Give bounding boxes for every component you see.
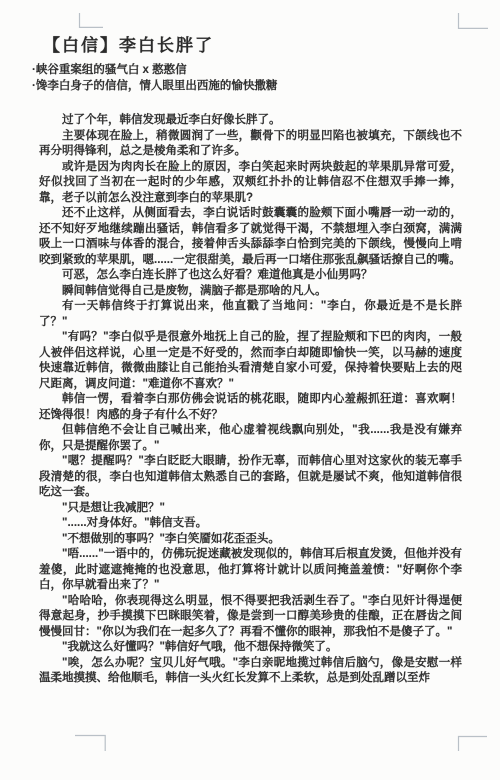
story-paragraph: "不想做别的事吗？"李白笑靥如花歪歪头。: [39, 532, 462, 548]
document-content: 【白信】李白长胖了 ·峡谷重案组的骚气白 x 憨憨信 ·馋李白身子的信信，情人眼…: [32, 36, 462, 687]
story-paragraph: 可恶，怎么李白连长胖了也这么好看？难道他真是小仙男吗？: [39, 268, 462, 284]
story-paragraph: "唔......"一语中的，仿佛玩捉迷藏被发现似的，韩信耳后根直发烫，但他并没有…: [39, 547, 462, 594]
crop-mark-bottom-left: [75, 736, 105, 752]
story-body: 过了个年，韩信发现最近李白好像长胖了。主要体现在脸上，稍微圆润了一些，颧骨下的明…: [39, 113, 462, 687]
document-page: 【白信】李白长胖了 ·峡谷重案组的骚气白 x 憨憨信 ·馋李白身子的信信，情人眼…: [0, 0, 500, 780]
story-paragraph: 过了个年，韩信发现最近李白好像长胖了。: [39, 113, 462, 129]
story-paragraph: "有吗？"李白似乎是很意外地抚上自己的脸，捏了捏脸颊和下巴的肉肉，一般人被伴侣这…: [39, 330, 462, 392]
crop-mark-bottom-right: [459, 737, 488, 752]
story-paragraph: 或许是因为肉肉长在脸上的原因，李白笑起来时两块鼓起的苹果肌异常可爱，好似找回了当…: [39, 160, 462, 207]
story-paragraph: "我就这么好懂吗？"韩信好气哦，他不想保持微笑了。: [39, 640, 462, 656]
story-paragraph: "只是想让我减肥？": [39, 501, 462, 517]
story-paragraph: 韩信一愣，看着李白那仿佛会说话的桃花眼，随即内心羞赧抓狂道：喜欢啊！还馋得很！肉…: [39, 392, 462, 423]
story-paragraph: 瞬间韩信觉得自己是废物，满脑子都是那啥的凡人。: [39, 284, 462, 300]
story-paragraph: 有一天韩信终于打算说出来，他直戳了当地问："李白，你最近是不是长胖了？": [39, 299, 462, 330]
story-paragraph: 主要体现在脸上，稍微圆润了一些，颧骨下的明显凹陷也被填充，下颌线也不再分明得锋利…: [39, 129, 462, 160]
crop-mark-top-left: [80, 13, 104, 27]
subtitle-summary-line: ·馋李白身子的信信，情人眼里出西施的愉快撒糖: [32, 79, 462, 95]
story-paragraph: "嗯？提醒吗？"李白眨眨大眼睛，扮作无辜，而韩信心里对这家伙的装无辜手段清楚的很…: [39, 454, 462, 501]
crop-mark-top-right: [459, 13, 489, 28]
subtitle-pairing-line: ·峡谷重案组的骚气白 x 憨憨信: [32, 63, 462, 79]
page-title: 【白信】李白长胖了: [43, 36, 462, 56]
story-paragraph: "唉，怎么办呢？宝贝儿好气哦。"李白亲昵地揽过韩信后脑勺，像是安慰一样温柔地摸摸…: [39, 656, 462, 687]
story-paragraph: 还不止这样，从侧面看去，李白说话时鼓囊囊的脸颊下面小嘴唇一动一动的，还不知好歹地…: [39, 206, 462, 268]
story-paragraph: 但韩信绝不会让自己喊出来，他心虚着视线飘向别处，"我......我是没有嫌弃你，…: [39, 423, 462, 454]
story-paragraph: "......对身体好。"韩信支吾。: [39, 516, 462, 532]
story-paragraph: "哈哈哈，你表现得这么明显，恨不得要把我活剥生吞了。"李白见奸计得逞便得意起身，…: [39, 594, 462, 641]
